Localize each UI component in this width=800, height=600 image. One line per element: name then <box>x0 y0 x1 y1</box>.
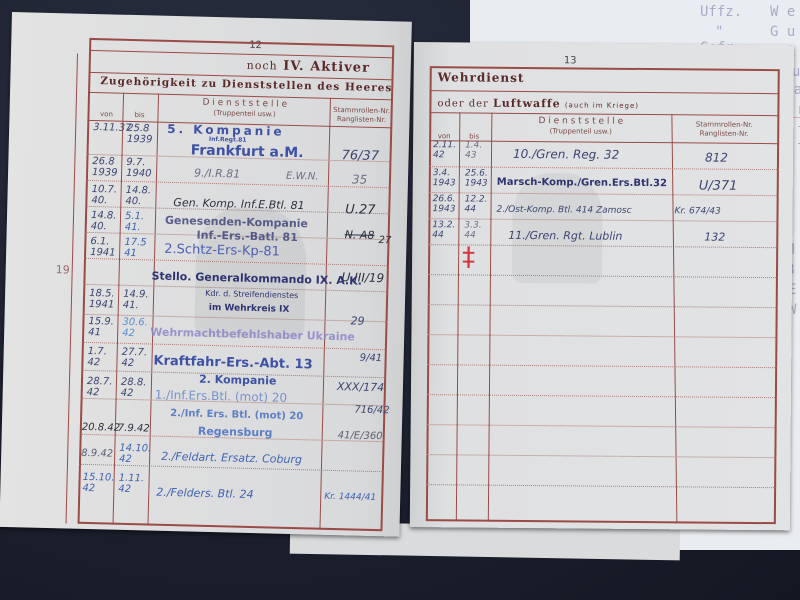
date-von: 2.11. 42 <box>433 140 457 160</box>
date-von: 28.7. 42 <box>87 376 116 399</box>
col-von: von <box>91 110 121 120</box>
date-von: 3.11.37 <box>93 122 121 134</box>
unit-handwritten: 10./Gren. Reg. 32 <box>513 147 619 162</box>
col-dienststelle: D i e n s t s t e l l e <box>493 117 668 128</box>
col-bis: bis <box>124 111 154 121</box>
unit-handwritten: 11./Gren. Rgt. Lublin <box>508 229 622 243</box>
date-bis: 14.9. 41. <box>123 289 152 312</box>
date-bis: 25.8 1939 <box>127 123 156 146</box>
unit-stamp-city: Frankfurt a.M. <box>190 142 303 161</box>
roll-number: 812 <box>705 151 728 165</box>
col-ranglisten: Ranglisten-Nr. <box>331 115 391 125</box>
date-von: 3.4. 1943 <box>433 168 457 188</box>
left-page: 12 19 noch IV. Aktiver Zugehörigkeit zu … <box>0 12 412 537</box>
date-von: 26.8 1939 <box>92 156 121 179</box>
unit-stamp-city: im Wehrkreis IX <box>209 303 290 315</box>
date-bis: 3.3. 44 <box>464 220 488 240</box>
date-bis: 14.8. 40. <box>125 185 154 208</box>
date-von: 6.1. 1941 <box>90 236 119 259</box>
unit-note: E.W.N. <box>286 171 319 183</box>
roll-number: Kr. 1444/41 <box>324 492 376 503</box>
date-bis: 30.6. 42 <box>122 317 151 340</box>
typed-line: G u <box>770 24 795 40</box>
unit-stamp-sub: 2. Kompanie <box>199 373 277 388</box>
date-bis: 1.11. 42 <box>118 473 147 496</box>
page-number: 13 <box>564 55 577 66</box>
col-dienststelle-sub: (Truppenteil usw.) <box>493 127 668 138</box>
roll-number: Kr. 674/43 <box>674 206 720 216</box>
roll-number: 27 <box>378 235 391 246</box>
margin-rule <box>66 54 78 524</box>
roll-number: 35 <box>352 172 368 186</box>
right-page: 13 Wehrdienst oder der Luftwaffe (auch i… <box>410 42 794 530</box>
date-von: 15.9. 41 <box>88 316 117 339</box>
unit-stamp: 2.Schtz-Ers-Kp-81 <box>164 242 280 260</box>
date-von: 20.8.42 <box>82 422 120 434</box>
heading-prefix: noch <box>247 59 278 73</box>
unit-handwritten: 9./I.R.81 <box>194 166 240 180</box>
roll-number: 41/E/360 <box>338 430 383 442</box>
roll-number: U/371 <box>699 178 738 193</box>
roll-number: 132 <box>704 231 725 244</box>
date-bis: 17.5 41 <box>124 237 153 260</box>
roll-number: U.27 <box>345 202 376 218</box>
roll-number: 29 <box>350 314 364 327</box>
unit-stamp-city: Regensburg <box>198 425 273 440</box>
date-von: 15.10. 42 <box>82 472 111 495</box>
date-von: 13.2. 44 <box>432 220 456 240</box>
typed-line: W e <box>770 4 795 20</box>
roll-number: XXX/174 <box>337 380 385 394</box>
roll-number: 9/41 <box>360 353 383 365</box>
heading-suffix: (auch im Kriege) <box>565 101 639 110</box>
typed-line: " <box>715 24 723 40</box>
heading-prefix: oder der <box>437 98 489 109</box>
date-bis: 12.2. 44 <box>464 194 488 214</box>
heading-main: IV. Aktiver <box>283 59 370 76</box>
red-cross-mark-icon: ‡ <box>462 242 475 272</box>
heading-line1: noch IV. Aktiver <box>247 58 370 76</box>
roll-number: 716/42 <box>354 404 389 416</box>
heading-main: Luftwaffe <box>493 97 561 111</box>
date-bis: 5.1. 41. <box>125 211 154 234</box>
roll-number: 76/37 <box>341 148 379 164</box>
date-von: 26.6. 1943 <box>432 194 456 214</box>
unit-handwritten: 2./Felders. Btl. 24 <box>156 486 254 501</box>
margin-number: 19 <box>56 263 70 276</box>
date-bis: 7.9.42 <box>118 423 150 435</box>
unit-handwritten: 2./Ost-Komp. Btl. 414 Zamosc <box>496 205 631 216</box>
typed-line: Uffz. <box>700 4 742 20</box>
heading-line2: oder der Luftwaffe (auch im Kriege) <box>437 96 639 111</box>
date-von: 18.5. 1941 <box>89 288 118 311</box>
date-von: 10.7. 40. <box>91 184 120 207</box>
unit-stamp-sub: Inf.-Ers.-Batl. 81 <box>196 229 298 244</box>
date-bis: 9.7. 1940 <box>126 157 155 180</box>
date-von: 14.8. 40. <box>91 210 120 233</box>
roll-number-struck: N. A8 <box>344 228 374 242</box>
date-bis: 14.10. 42 <box>119 443 148 466</box>
date-von: 8.9.42 <box>81 448 113 460</box>
date-bis: 28.8. 42 <box>121 377 150 400</box>
heading-line1: Wehrdienst <box>438 70 525 85</box>
date-bis: 27.7. 42 <box>121 347 150 370</box>
unit-stamp: Marsch-Komp./Gren.Ers.Btl.32 <box>497 177 667 189</box>
date-von: 1.7. 42 <box>87 346 116 369</box>
date-bis: 1.4. 43 <box>465 140 489 160</box>
col-ranglisten: Ranglisten-Nr. <box>671 129 777 139</box>
date-bis: 25.6. 1943 <box>465 168 489 188</box>
